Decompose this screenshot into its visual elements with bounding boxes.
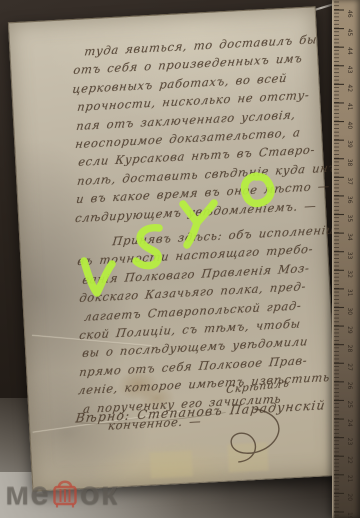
measuring-ruler: 4645444342414039383736353433323130292827… xyxy=(332,0,360,518)
ruler-number: 23 xyxy=(346,438,353,446)
ruler-number: 37 xyxy=(346,177,353,185)
ruler-number: 41 xyxy=(346,103,353,111)
shopping-bag-icon xyxy=(51,477,79,509)
ruler-number: 44 xyxy=(346,47,353,55)
ruler-number: 38 xyxy=(346,159,353,167)
ruler-number: 22 xyxy=(346,456,353,464)
ruler-number: 33 xyxy=(346,252,353,260)
ruler-number: 39 xyxy=(346,140,353,148)
ruler-number: 27 xyxy=(346,363,353,371)
ruler-number: 25 xyxy=(346,400,353,408)
paper-stain xyxy=(227,442,268,472)
ruler-number: 19 xyxy=(346,512,353,518)
ruler-number: 21 xyxy=(346,475,353,483)
ruler-number: 31 xyxy=(346,289,353,297)
ruler-number: 30 xyxy=(346,307,353,315)
paper-stain xyxy=(150,450,193,478)
manuscript-paper: туда явиться, то доставилъ быотъ себя о … xyxy=(8,6,340,491)
photo-scene: туда явиться, то доставилъ быотъ себя о … xyxy=(0,0,360,518)
ruler-number: 43 xyxy=(346,66,353,74)
ruler-number: 28 xyxy=(346,345,353,353)
ruler-number: 34 xyxy=(346,233,353,241)
ruler-number: 42 xyxy=(346,84,353,92)
ruler-number: 32 xyxy=(346,270,353,278)
ruler-number: 36 xyxy=(346,196,353,204)
ruler-number: 20 xyxy=(346,493,353,501)
ruler-number: 35 xyxy=(346,215,353,223)
ruler-scale: 4645444342414039383736353433323130292827… xyxy=(332,0,360,518)
ruler-number: 45 xyxy=(346,29,353,37)
ruler-number: 26 xyxy=(346,382,353,390)
ruler-number: 24 xyxy=(346,419,353,427)
watermark-text-prefix: ме xyxy=(5,474,50,512)
ruler-number: 29 xyxy=(346,326,353,334)
watermark-meshok: ме ок xyxy=(5,474,118,512)
watermark-text-suffix: ок xyxy=(80,474,119,512)
ruler-number: 46 xyxy=(346,10,353,18)
ruler-number: 40 xyxy=(346,122,353,130)
